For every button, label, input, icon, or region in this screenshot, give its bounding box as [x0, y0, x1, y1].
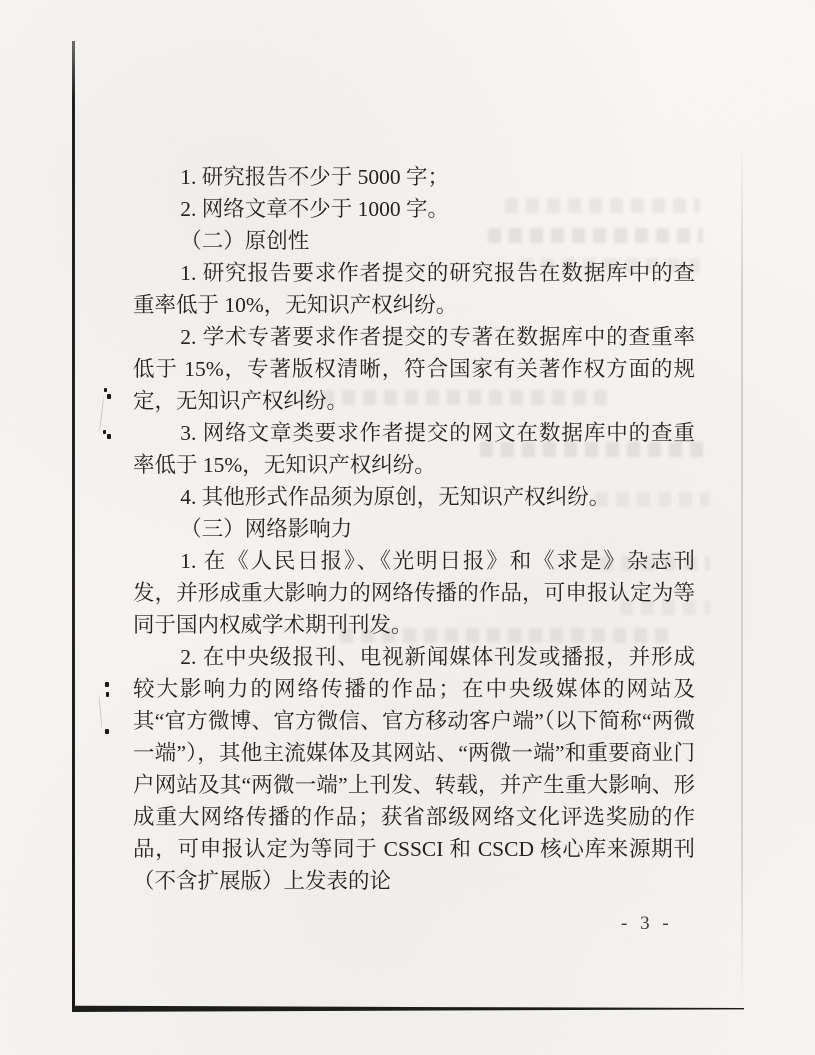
ink-speck [104, 388, 107, 392]
paragraph: 3. 网络文章类要求作者提交的网文在数据库中的查重率低于 15%，无知识产权纠纷… [133, 417, 695, 481]
ink-speck [107, 434, 111, 439]
ink-scratch [99, 396, 105, 434]
list-item: 1. 研究报告不少于 5000 字； [133, 161, 695, 193]
ink-speck [103, 430, 106, 434]
document-text: 1. 研究报告不少于 5000 字； 2. 网络文章不少于 1000 字。 （二… [133, 161, 695, 897]
paragraph: 1. 在《人民日报》、《光明日报》和《求是》杂志刊发，并形成重大影响力的网络传播… [133, 545, 695, 641]
list-item: 2. 网络文章不少于 1000 字。 [133, 193, 695, 225]
paragraph: 2. 在中央级报刊、电视新闻媒体刊发或播报，并形成较大影响力的网络传播的作品；在… [133, 641, 695, 897]
ink-speck [107, 394, 111, 399]
page-right-edge-shadow [741, 140, 743, 1006]
scanned-page: 1. 研究报告不少于 5000 字； 2. 网络文章不少于 1000 字。 （二… [0, 0, 815, 1055]
section-heading: （三）网络影响力 [133, 513, 695, 545]
ink-scratch [98, 694, 102, 730]
section-heading: （二）原创性 [133, 225, 695, 257]
paragraph: 2. 学术专著要求作者提交的专著在数据库中的查重率低于 15%，专著版权清晰，符… [133, 321, 695, 417]
ink-speck [106, 692, 109, 697]
paragraph: 4. 其他形式作品须为原创，无知识产权纠纷。 [133, 481, 695, 513]
scan-edge-bottom [72, 1005, 744, 1012]
page-number: - 3 - [621, 913, 673, 935]
scan-edge-left [72, 41, 75, 1012]
ink-speck [105, 682, 109, 687]
ink-speck [105, 729, 109, 734]
paragraph: 1. 研究报告要求作者提交的研究报告在数据库中的查重率低于 10%，无知识产权纠… [133, 257, 695, 321]
